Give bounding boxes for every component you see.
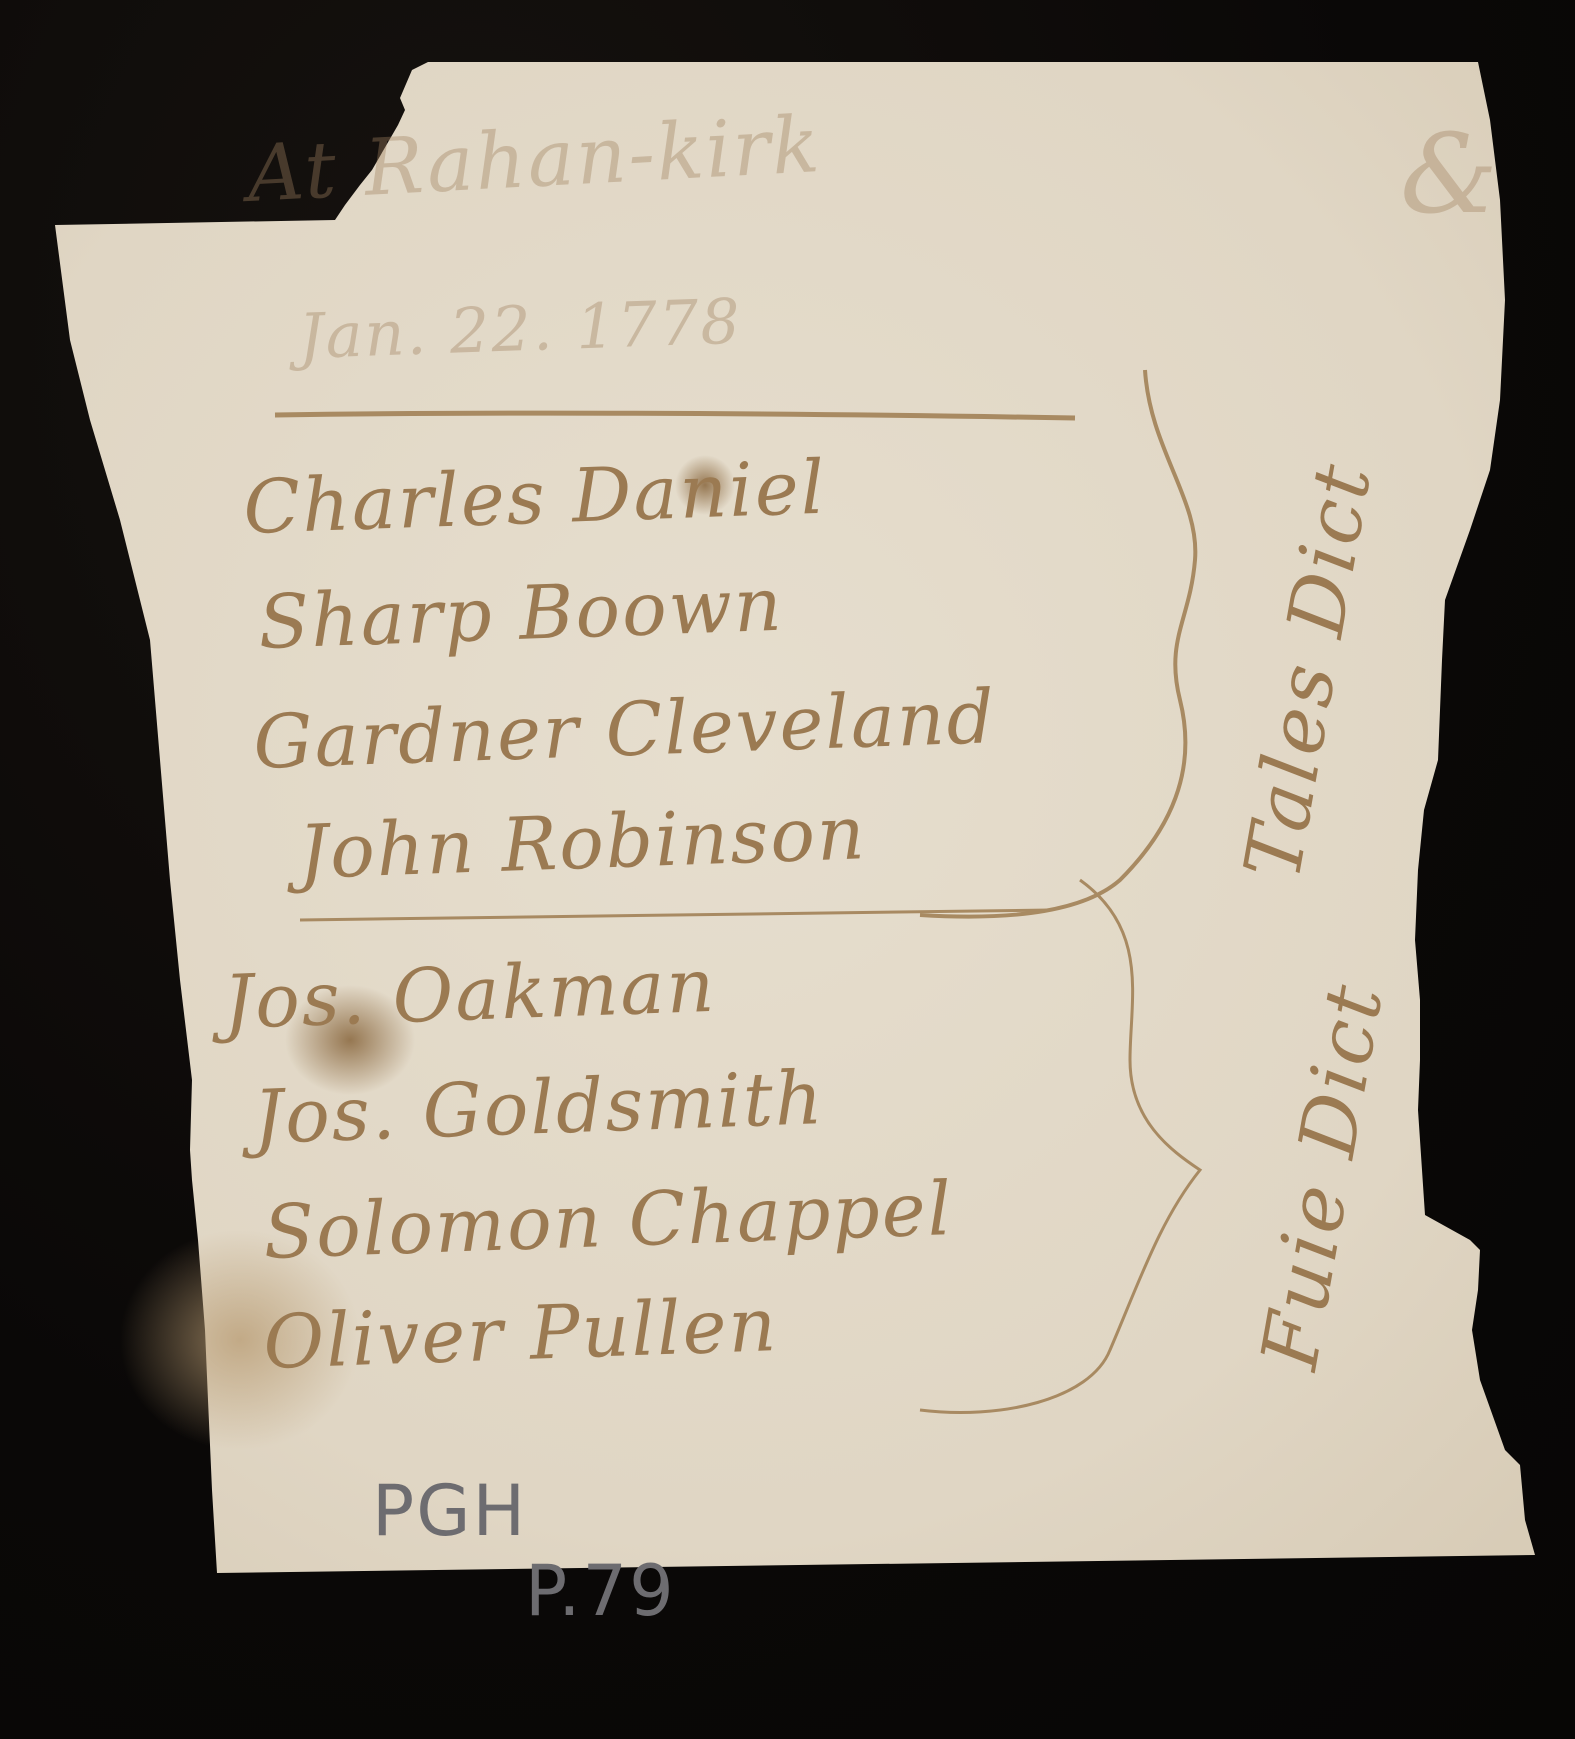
corner-mark: & <box>1400 110 1500 238</box>
juror-name: Sharp Boown <box>257 562 785 666</box>
header-date: Jan. 22. 1778 <box>297 285 743 373</box>
juror-name: Oliver Pullen <box>262 1282 779 1386</box>
juror-name: Jos. Oakman <box>222 943 718 1046</box>
pencil-notation-collection: PGH <box>372 1470 527 1552</box>
pencil-notation-page: P.79 <box>525 1550 676 1632</box>
